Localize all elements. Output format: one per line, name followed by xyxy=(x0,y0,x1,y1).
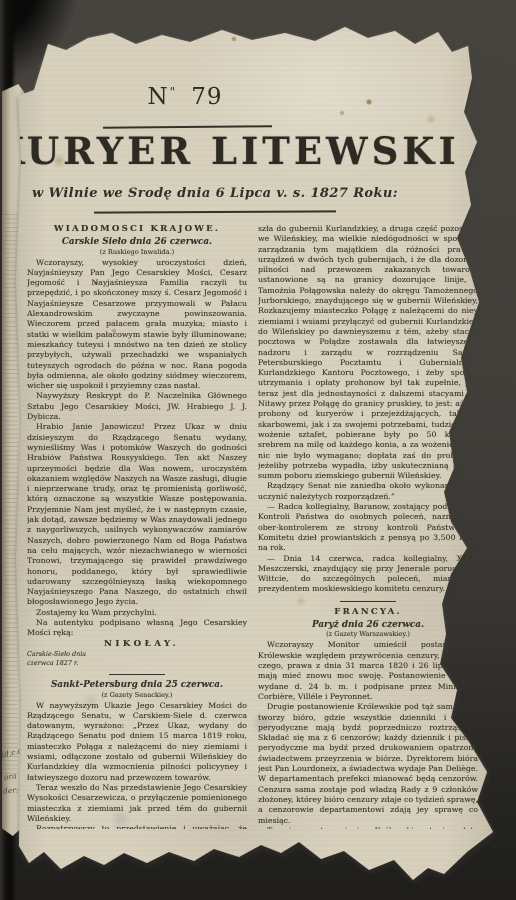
article-paragraph: — Radca kollegialny, Baranow, zostający … xyxy=(258,502,478,553)
article-source: (z Gazety Senackiey.) xyxy=(27,691,247,699)
article-paragraph: Zostajemy ku Wam przychylni. xyxy=(27,608,247,618)
issue-abbreviation-mark: " xyxy=(170,85,176,99)
signature-nikolay: NIKOŁAY. xyxy=(27,639,247,649)
article-paragraph: Trzecie postanowienie Królewskie teyże d… xyxy=(258,826,478,829)
article-paragraph: Rozpatrzywszy to przedstawienie i uważaj… xyxy=(27,824,247,829)
section-heading-krajowe: WIADOMOŚCI KRAJOWE. xyxy=(27,224,247,234)
article-dateline: Sankt-Petersburg dnia 25 czerwca. xyxy=(27,680,247,690)
foxing-stains xyxy=(0,0,2,2)
article-paragraph: szła do gubernii Kurlandzkiey, a druga c… xyxy=(258,224,478,481)
issue-prefix: N xyxy=(148,84,170,110)
article-paragraph: Na autentyku podpisano własną Jego Cesar… xyxy=(27,618,247,639)
article-paragraph: W naywyższym Ukazie Jego Cesarskiey Mośc… xyxy=(27,701,247,783)
article-paragraph: Teraz weszło do Nas przedstawienie Jego … xyxy=(27,783,247,824)
article-paragraph: Wczorayszy, wysokiey uroczystości dzień,… xyxy=(27,258,247,392)
article-dateline: Carskie Sieło dnia 26 czerwca. xyxy=(27,237,247,247)
article-columns: WIADOMOŚCI KRAJOWE. Carskie Sieło dnia 2… xyxy=(27,224,479,829)
torn-paper-wrap: N"79 KURYER LITEWSKI w Wilnie we Srodę d… xyxy=(0,0,516,900)
article-paragraph: Rządzący Senat nie zaniedba około wykona… xyxy=(258,481,478,502)
masthead-title: KURYER LITEWSKI xyxy=(0,129,430,173)
publication-dateline: w Wilnie we Srodę dnia 6 Lipca v. s. 182… xyxy=(0,186,442,201)
article-paragraph: Hrabio Janie Janowiczu! Przez Ukaz w dni… xyxy=(27,422,247,607)
article-paragraph: Wczorayszy Monitor umieścił postanowieni… xyxy=(258,640,478,702)
issue-value: 79 xyxy=(191,84,222,110)
signature-place-note: Carskie-Sieło dnia xyxy=(27,651,247,659)
signature-date-note: czerwca 1827 r. xyxy=(27,660,247,668)
article-dateline: Paryż dnia 26 czerwca. xyxy=(258,620,478,630)
article-source: (z Gazety Warszawskiey.) xyxy=(258,630,478,638)
article-paragraph: Drugie postanowienie Królewskie pod tąż … xyxy=(258,702,478,826)
masthead-rule-bottom xyxy=(94,210,336,214)
article-paragraph: — Dnia 14 czerwca, radca kollegialny, Xi… xyxy=(258,554,478,595)
masthead-rule-top xyxy=(103,125,272,128)
rescript-heading: Naywyższy Reskrypt do P. Naczelnika Głów… xyxy=(27,391,247,422)
article-source: (z Ruskiego Inwalida.) xyxy=(27,248,247,256)
article-divider-rule xyxy=(340,601,396,602)
right-column: szła do gubernii Kurlandzkiey, a druga c… xyxy=(258,224,478,829)
article-divider-rule xyxy=(109,674,165,675)
issue-number: N"79 xyxy=(55,84,315,110)
newspaper-paper: N"79 KURYER LITEWSKI w Wilnie we Srodę d… xyxy=(0,0,516,900)
section-heading-francya: FRANCYA. xyxy=(258,607,478,617)
left-column: WIADOMOŚCI KRAJOWE. Carskie Sieło dnia 2… xyxy=(27,224,247,829)
scanned-newspaper-page: (d.c.o) ora der: N"79 KURYER LITEWSKI w … xyxy=(0,0,516,900)
